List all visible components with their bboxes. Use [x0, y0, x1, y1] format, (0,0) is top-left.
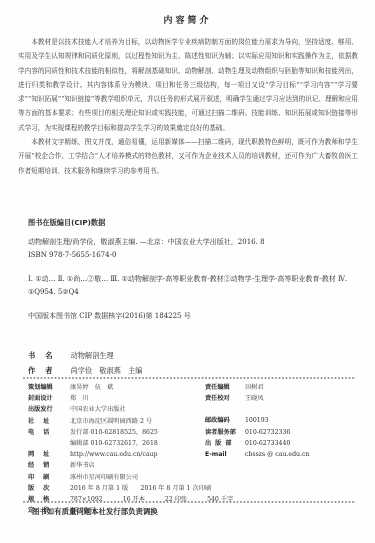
- detail-label: 邮政编码: [205, 415, 243, 426]
- detail-label: 社址: [28, 416, 68, 427]
- detail-value: 010-62732336: [245, 429, 290, 436]
- detail-value: 2016 年 8 月第 1 版 2016 年 8 月第 1 次印刷: [70, 485, 211, 492]
- detail-row: 出版部 010-62733440: [205, 438, 365, 449]
- detail-row: 邮政编码 100193: [205, 415, 365, 426]
- detail-row: 经销 新华书店: [28, 460, 358, 471]
- wavy-divider-bottom: [22, 500, 356, 504]
- detail-row: 读者服务部 010-62732336: [205, 427, 365, 438]
- wavy-divider-top: [22, 376, 356, 380]
- detail-label: 出版部: [205, 438, 243, 449]
- detail-row: 责任校对 王晓凤: [205, 393, 365, 404]
- intro-title: 内容简介: [0, 13, 375, 26]
- book-name-row: 书名 动物解剖生理: [28, 348, 358, 363]
- detail-row: 责任编辑 田树君: [205, 382, 365, 393]
- cip-title-line: 动物解剖生理/尚学俭，敬淑燕主编. —北京：中国农业大学出版社，2016. 8: [28, 236, 363, 249]
- cip-data-block: 图书在版编目(CIP)数据 动物解剖生理/尚学俭，敬淑燕主编. —北京：中国农业…: [28, 218, 363, 323]
- detail-row: 印刷 涿州市星河印刷有限公司: [28, 472, 358, 483]
- email-value: cbsszs @ cau.edu.cn: [245, 451, 309, 458]
- copyright-page: 内容简介 本教材是以技术技能人才培养为目标，以动物医学专业疾病防制方面的岗位能力…: [0, 0, 375, 543]
- detail-value: 发行部 010-62818525，8625: [70, 429, 158, 436]
- cip-classification: Ⅰ. ①动… Ⅱ. ①尚…②敬… Ⅲ. ①动物解剖学-高等职业教育-教材②动物学…: [28, 273, 363, 299]
- colophon-header: 书名 动物解剖生理 作者 尚学俭 敬淑燕 主编: [28, 348, 358, 378]
- detail-label: 责任校对: [205, 393, 243, 404]
- cip-heading: 图书在版编目(CIP)数据: [28, 218, 363, 228]
- quality-notice: 图书如有质量问题本社发行部负责调换: [32, 506, 158, 517]
- detail-label: 责任编辑: [205, 382, 243, 393]
- detail-row: 版次 2016 年 8 月第 1 版 2016 年 8 月第 1 次印刷: [28, 483, 358, 494]
- detail-value: 田树君: [245, 384, 264, 391]
- cip-isbn: ISBN 978-7-5655-1674-0: [28, 249, 363, 262]
- detail-label: 出版发行: [28, 404, 68, 415]
- detail-value: 北京市海淀区圆明园西路 2 号: [70, 418, 152, 425]
- detail-value: 王晓凤: [245, 395, 264, 402]
- publication-details-right: 责任编辑 田树君 责任校对 王晓凤 邮政编码 100193 读者服务部 010-…: [205, 382, 365, 460]
- detail-label: E-mail: [205, 449, 243, 460]
- detail-row: E-mail cbsszs @ cau.edu.cn: [205, 449, 365, 460]
- detail-value: 中国农业大学出版社: [70, 406, 126, 413]
- authors-value: 尚学俭 敬淑燕 主编: [71, 366, 143, 375]
- book-name-value: 动物解剖生理: [71, 351, 114, 360]
- intro-paragraph-1: 本教材是以技术技能人才培养为目标，以动物医学专业疾病防制方面的岗位能力需求为导向…: [18, 35, 358, 135]
- detail-label: 版次: [28, 483, 68, 494]
- detail-value: 100193: [245, 417, 269, 424]
- detail-value: 涿州市星河印刷有限公司: [70, 474, 138, 481]
- detail-value: 新华书店: [70, 462, 95, 469]
- detail-label: 印刷: [28, 472, 68, 483]
- detail-value: 康昊婷 伍 斌: [70, 384, 113, 391]
- detail-value: 编辑部 010-62732617，2618: [70, 440, 158, 447]
- detail-label: 经销: [28, 460, 68, 471]
- intro-paragraph-2: 本教材文字精练，图文并茂，通俗易懂，运用新媒体——扫描二维码，现代职教特色鲜明，…: [18, 135, 358, 178]
- intro-body: 本教材是以技术技能人才培养为目标，以动物医学专业疾病防制方面的岗位能力需求为导向…: [18, 35, 358, 178]
- detail-label: 策划编辑: [28, 382, 68, 393]
- website-value: http://www.cau.edu.cn/caup: [70, 451, 158, 458]
- detail-label: 电话: [28, 427, 68, 438]
- detail-value: 010-62733440: [245, 440, 290, 447]
- cip-record-number: 中国版本图书馆 CIP 数据核字(2016)第 184225 号: [28, 310, 363, 323]
- detail-label: 网址: [28, 449, 68, 460]
- detail-label: 封面设计: [28, 393, 68, 404]
- detail-value: 郑 川: [70, 395, 89, 402]
- detail-label: 读者服务部: [205, 427, 243, 438]
- book-name-label: 书名: [28, 348, 68, 363]
